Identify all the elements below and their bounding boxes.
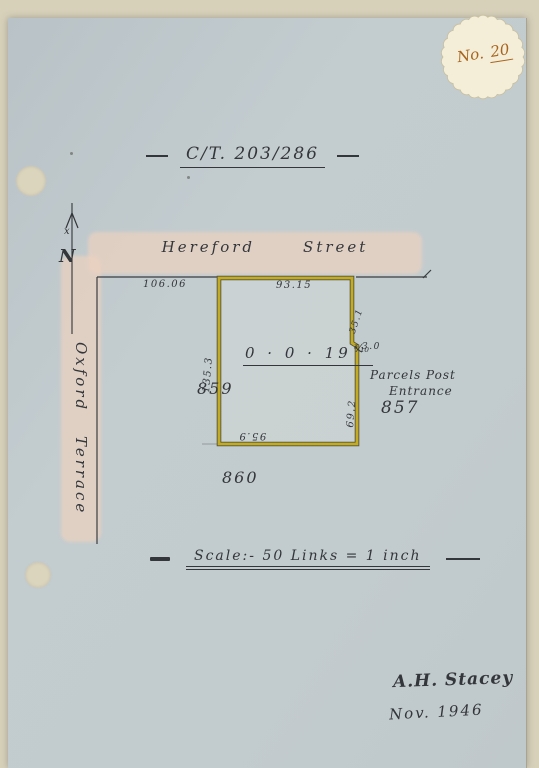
hereford-street-label: Hereford Street [140,238,390,256]
parcel-area-label: 0 · 0 · 19 ³⁄₁₀ [243,344,373,366]
scale-block: Scale:- 50 Links = 1 inch [150,548,480,570]
title-dash-right [337,155,359,157]
street-word-oxford: Oxford [72,342,90,412]
punch-hole-top [16,166,46,196]
area-value: 0 · 0 · 19 [245,344,352,362]
area-fraction: ³⁄₁₀ [354,342,369,355]
street-word-hereford: Hereford [162,238,255,256]
surveyor-signature: A.H. Stacey [393,668,514,692]
parcels-post-line1: Parcels Post [370,368,456,382]
scale-dash-left [150,557,170,561]
paper-speck [187,176,190,179]
parcels-post-line2: Entrance [389,384,453,398]
north-label: N [59,246,75,267]
title-block: C/T. 203/286 [146,144,359,168]
dim-street-left: 106.06 [143,279,187,290]
title-dash-left [146,155,168,157]
stamp-no-text: No. [456,44,485,68]
scale-dash-right [446,558,480,560]
survey-plan-document: x N No. 20 C/T. 203/286 Hereford Street … [0,0,539,768]
dim-bottom: 95.9 [238,430,266,441]
lot-number-857: 857 [381,398,419,418]
certificate-title: C/T. 203/286 [180,144,325,168]
punch-hole-bottom [25,562,51,588]
scale-text: Scale:- 50 Links = 1 inch [186,548,430,570]
north-cross-mark: x [64,226,70,237]
stamp-number-text: 20 [487,40,513,63]
dim-top: 93.15 [276,280,312,291]
lot-number-860: 860 [222,468,259,487]
lot-number-859: 859 [197,379,234,398]
paper-speck [70,152,73,155]
street-word-terrace: Terrace [72,436,90,515]
street-word-street: Street [303,238,368,256]
